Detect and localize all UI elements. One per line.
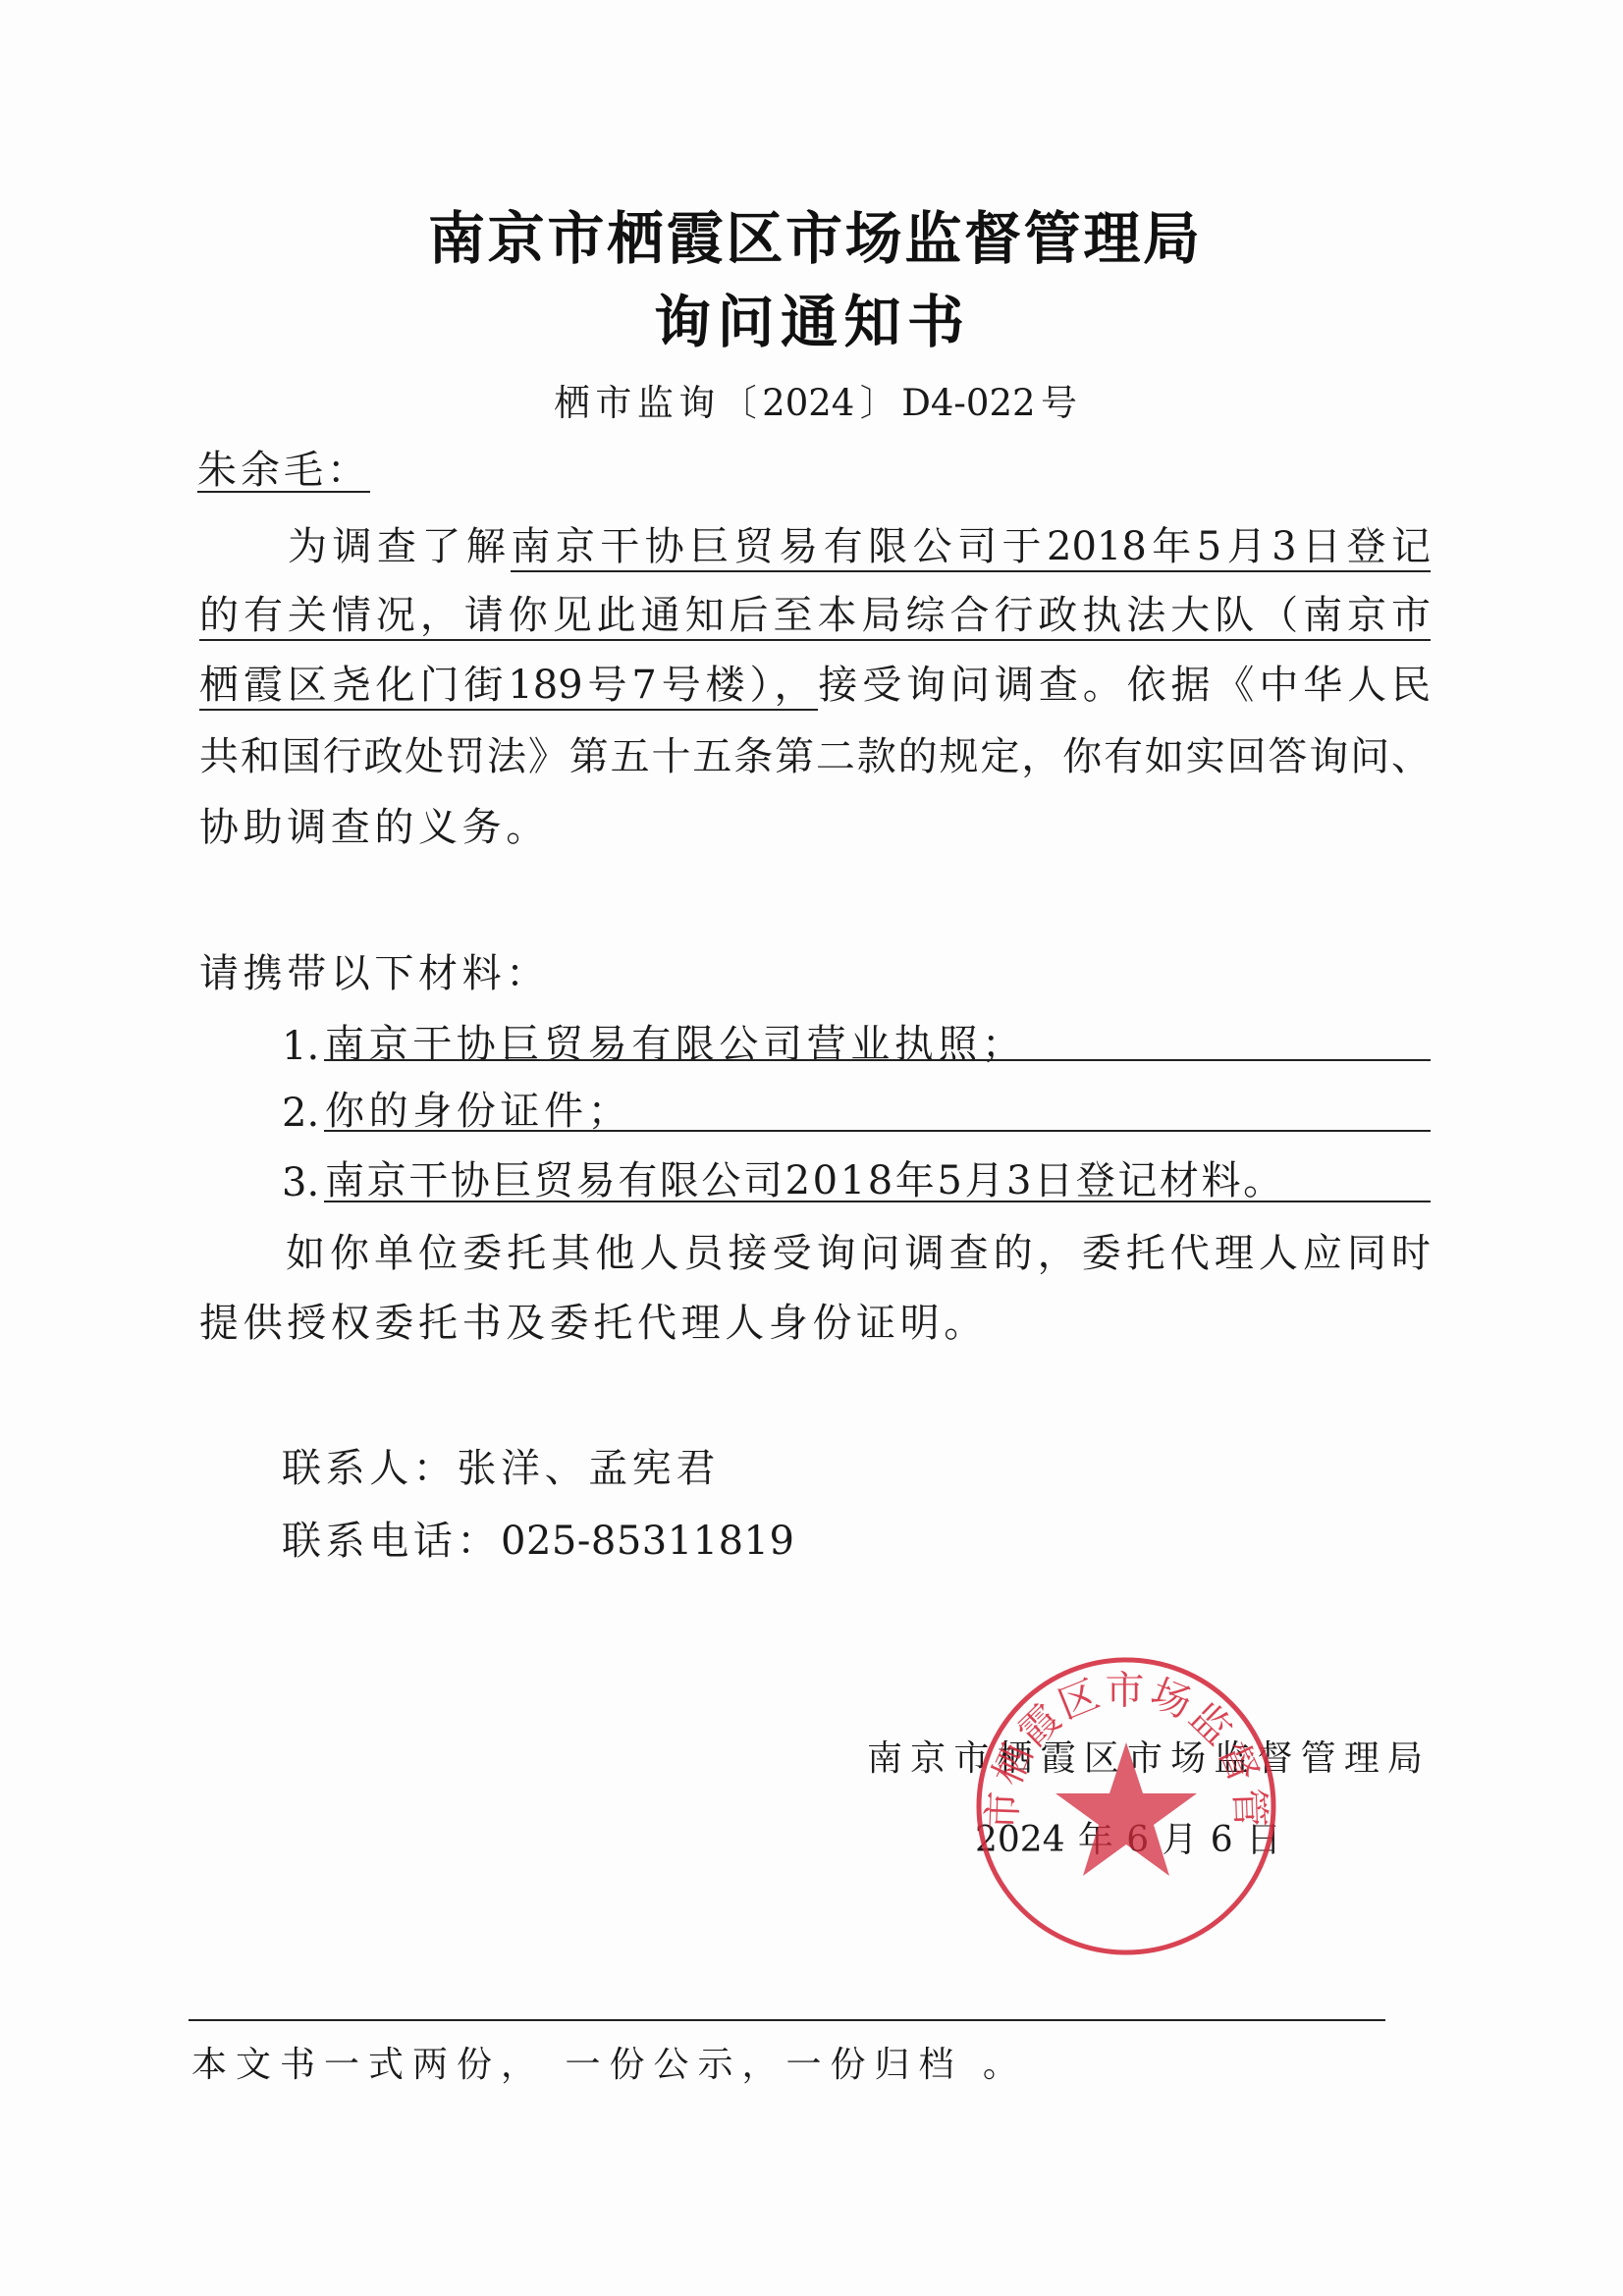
issue-date: 2024年6月6日 bbox=[975, 1823, 1281, 1858]
proxy-note-line-2: 提供授权委托书及委托代理人身份证明。 bbox=[199, 1304, 988, 1343]
paragraph-line-5: 协助调查的义务。 bbox=[199, 808, 550, 847]
item-number: 2. bbox=[282, 1094, 319, 1133]
official-seal-icon: 南京市栖霞区市场监督管理局 bbox=[975, 1656, 1277, 1956]
contact-person-value: 张洋、孟宪君 bbox=[457, 1446, 720, 1491]
proxy-note-line-1: 如你单位委托其他人员接受询问调查的，委托代理人应同时 bbox=[286, 1234, 1431, 1273]
recipient-name-text: 朱余毛： bbox=[197, 451, 370, 493]
item-number: 3. bbox=[282, 1163, 319, 1202]
recipient-name: 朱余毛： bbox=[197, 451, 370, 493]
materials-heading: 请携带以下材料： bbox=[199, 954, 550, 993]
contact-phone-value: 025-85311819 bbox=[501, 1519, 794, 1564]
contact-person: 联系人：张洋、孟宪君 bbox=[282, 1449, 720, 1488]
paragraph-line-2-underlined: 的有关情况，请你见此通知后至本局综合行政执法大队（南京市 bbox=[199, 593, 1431, 641]
contact-person-label: 联系人： bbox=[282, 1446, 457, 1491]
document-type-title: 询问通知书 bbox=[654, 294, 964, 350]
paragraph-line-4: 共和国行政处罚法》第五十五条第二款的规定，你有如实回答询问、 bbox=[199, 737, 1431, 776]
item-underline bbox=[324, 1130, 1431, 1132]
paragraph-line-1: 为调查了解南京干协巨贸易有限公司于2018年5月3日登记 bbox=[288, 527, 1431, 566]
paragraph-line-1-prefix: 为调查了解 bbox=[288, 524, 511, 569]
issuing-organization: 南京市栖霞区市场监督管理局 bbox=[867, 1741, 1423, 1777]
item-number: 1. bbox=[282, 1027, 319, 1066]
paragraph-line-3: 栖霞区尧化门街189号7号楼），接受询问调查。依据《中华人民 bbox=[199, 666, 1431, 705]
item-underline bbox=[324, 1201, 1431, 1202]
item-underline bbox=[324, 1059, 1431, 1061]
item-text: 你的身份证件； bbox=[325, 1092, 631, 1131]
paragraph-line-2: 的有关情况，请你见此通知后至本局综合行政执法大队（南京市 bbox=[199, 596, 1431, 635]
footer-divider bbox=[189, 2019, 1385, 2021]
item-text: 南京干协巨贸易有限公司2018年5月3日登记材料。 bbox=[325, 1161, 1285, 1201]
page-title: 南京市栖霞区市场监督管理局 bbox=[428, 210, 1200, 267]
item-text: 南京干协巨贸易有限公司营业执照； bbox=[325, 1025, 1026, 1064]
document-number: 栖市监询〔2024〕D4-022号 bbox=[554, 385, 1077, 421]
contact-phone: 联系电话：025-85311819 bbox=[282, 1522, 794, 1561]
company-registration-subject: 南京干协巨贸易有限公司于2018年5月3日登记 bbox=[511, 524, 1431, 572]
footer-note: 本文书一式两份， 一份公示，一份归档 。 bbox=[191, 2048, 1027, 2083]
contact-phone-label: 联系电话： bbox=[282, 1519, 501, 1564]
office-address: 栖霞区尧化门街189号7号楼）， bbox=[199, 663, 818, 711]
paragraph-line-3-suffix: 接受询问调查。依据《中华人民 bbox=[818, 663, 1431, 708]
